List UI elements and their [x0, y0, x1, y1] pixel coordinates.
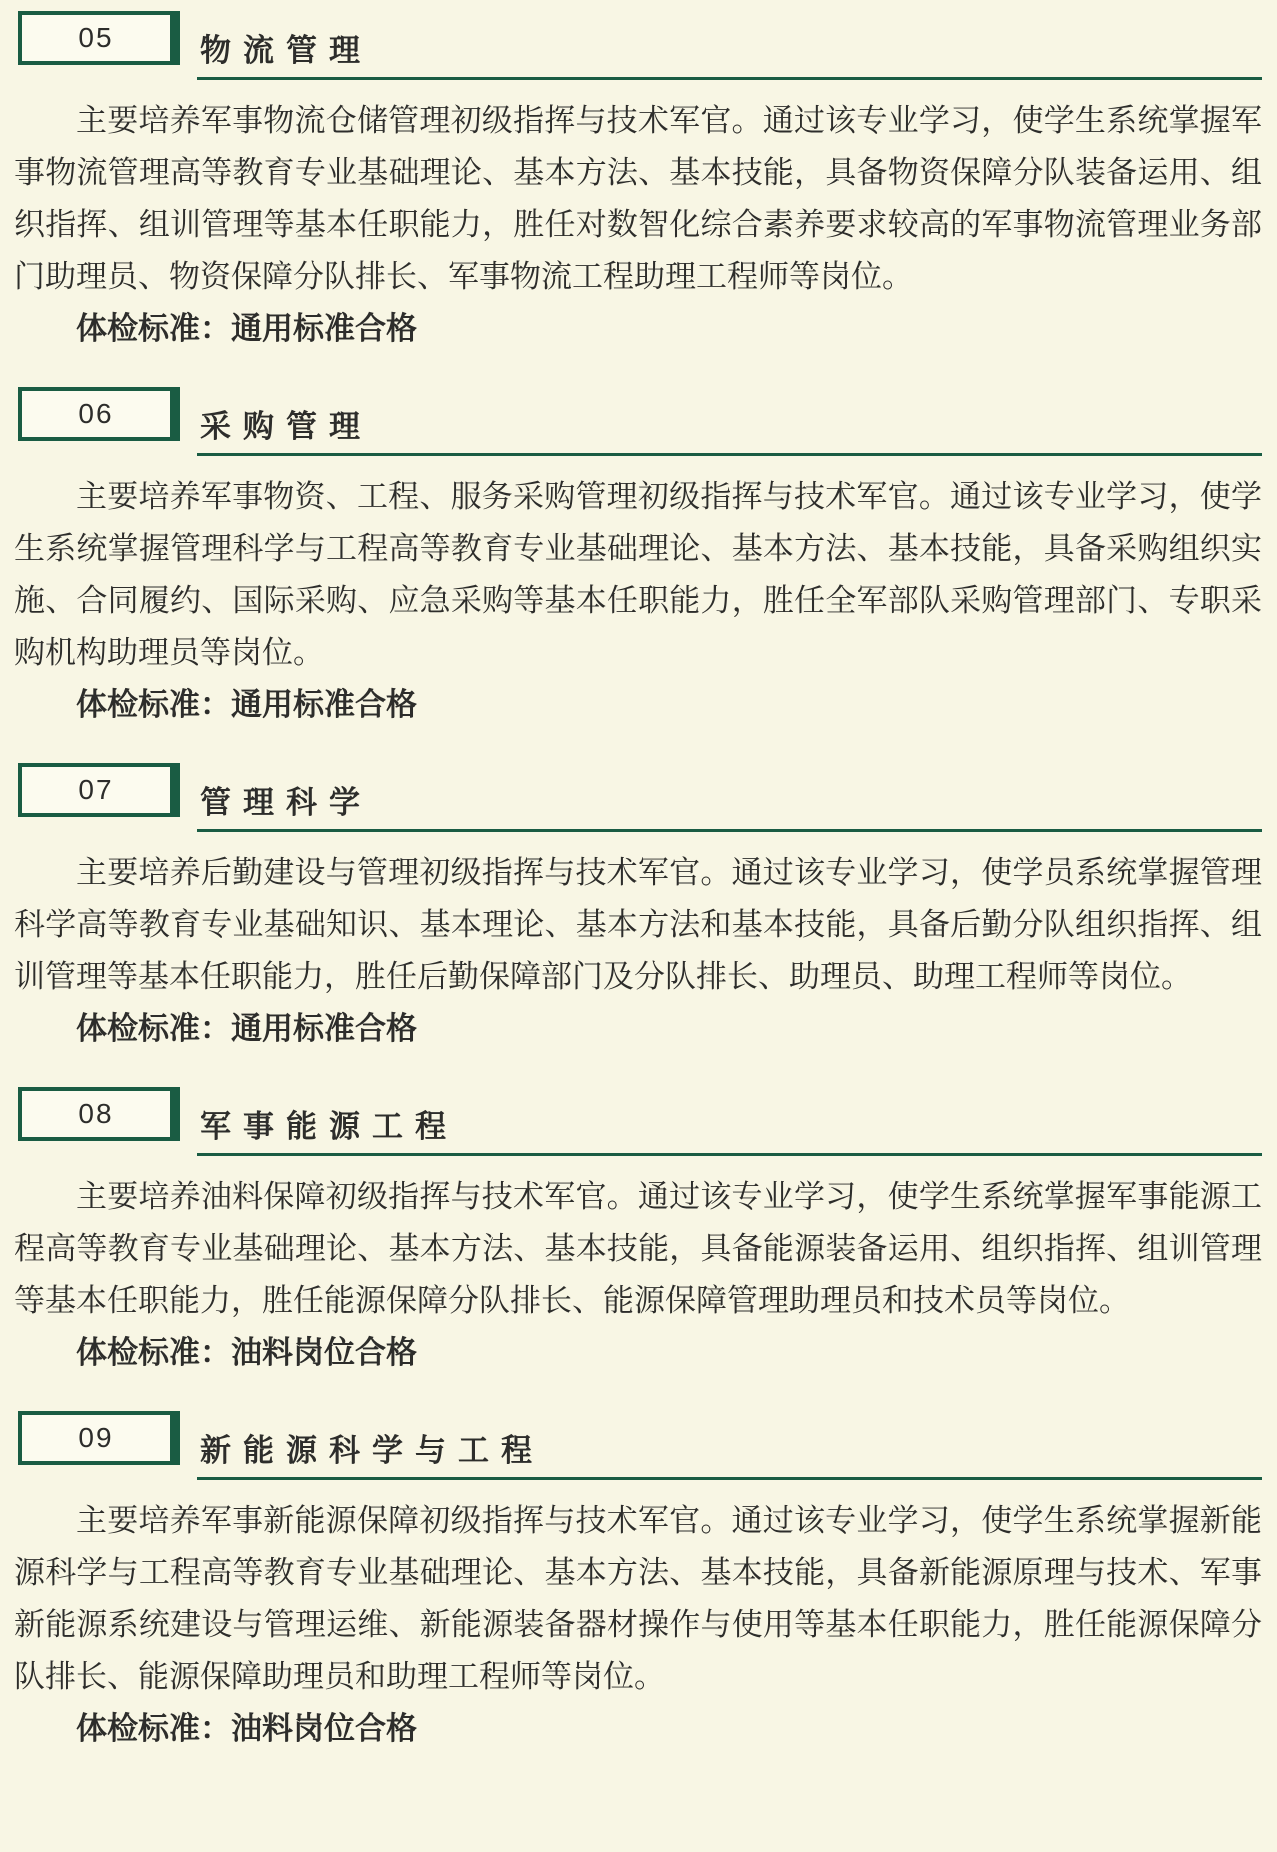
medical-standard-label: 体检标准： [76, 1011, 231, 1046]
sections-container: 05 物流管理 主要培养军事物流仓储管理初级指挥与技术军官。通过该专业学习，使学… [14, 11, 1262, 1755]
section-description: 主要培养后勤建设与管理初级指挥与技术军官。通过该专业学习，使学员系统掌握管理科学… [14, 847, 1262, 1003]
section-title: 采购管理 [200, 401, 372, 446]
medical-standard-label: 体检标准： [76, 687, 231, 722]
medical-standard-value: 通用标准合格 [231, 311, 417, 346]
section-description: 主要培养军事物资、工程、服务采购管理初级指挥与技术军官。通过该专业学习，使学生系… [14, 471, 1262, 679]
document-page: 05 物流管理 主要培养军事物流仓储管理初级指挥与技术军官。通过该专业学习，使学… [0, 0, 1277, 1852]
medical-standard-label: 体检标准： [76, 1711, 231, 1746]
section-number-box: 08 [18, 1087, 180, 1141]
medical-standard-line: 体检标准：通用标准合格 [14, 679, 1262, 731]
title-underline [197, 829, 1262, 832]
title-underline [197, 1477, 1262, 1480]
section-number: 08 [78, 1098, 113, 1130]
section-description: 主要培养军事新能源保障初级指挥与技术军官。通过该专业学习，使学生系统掌握新能源科… [14, 1495, 1262, 1703]
major-section: 08 军事能源工程 主要培养油料保障初级指挥与技术军官。通过该专业学习，使学生系… [14, 1087, 1262, 1379]
medical-standard-value: 通用标准合格 [231, 1011, 417, 1046]
medical-standard-value: 油料岗位合格 [231, 1335, 417, 1370]
medical-standard-label: 体检标准： [76, 1335, 231, 1370]
medical-standard-value: 油料岗位合格 [231, 1711, 417, 1746]
section-header: 09 新能源科学与工程 [14, 1411, 1262, 1481]
medical-standard-line: 体检标准：通用标准合格 [14, 303, 1262, 355]
major-section: 05 物流管理 主要培养军事物流仓储管理初级指挥与技术军官。通过该专业学习，使学… [14, 11, 1262, 355]
section-number: 06 [78, 398, 113, 430]
section-header: 08 军事能源工程 [14, 1087, 1262, 1157]
section-number-box: 05 [18, 11, 180, 65]
section-number: 09 [78, 1422, 113, 1454]
medical-standard-label: 体检标准： [76, 311, 231, 346]
section-number: 07 [78, 774, 113, 806]
section-title: 新能源科学与工程 [200, 1425, 544, 1470]
section-number: 05 [78, 22, 113, 54]
section-number-box: 09 [18, 1411, 180, 1465]
medical-standard-line: 体检标准：油料岗位合格 [14, 1703, 1262, 1755]
medical-standard-line: 体检标准：油料岗位合格 [14, 1327, 1262, 1379]
section-header: 05 物流管理 [14, 11, 1262, 81]
section-title: 管理科学 [200, 777, 372, 822]
section-description: 主要培养军事物流仓储管理初级指挥与技术军官。通过该专业学习，使学生系统掌握军事物… [14, 95, 1262, 303]
medical-standard-line: 体检标准：通用标准合格 [14, 1003, 1262, 1055]
title-underline [197, 77, 1262, 80]
title-underline [197, 1153, 1262, 1156]
title-underline [197, 453, 1262, 456]
section-header: 07 管理科学 [14, 763, 1262, 833]
section-title: 军事能源工程 [200, 1101, 458, 1146]
section-description: 主要培养油料保障初级指挥与技术军官。通过该专业学习，使学生系统掌握军事能源工程高… [14, 1171, 1262, 1327]
section-number-box: 06 [18, 387, 180, 441]
section-number-box: 07 [18, 763, 180, 817]
major-section: 07 管理科学 主要培养后勤建设与管理初级指挥与技术军官。通过该专业学习，使学员… [14, 763, 1262, 1055]
major-section: 09 新能源科学与工程 主要培养军事新能源保障初级指挥与技术军官。通过该专业学习… [14, 1411, 1262, 1755]
section-title: 物流管理 [200, 25, 372, 70]
major-section: 06 采购管理 主要培养军事物资、工程、服务采购管理初级指挥与技术军官。通过该专… [14, 387, 1262, 731]
section-header: 06 采购管理 [14, 387, 1262, 457]
medical-standard-value: 通用标准合格 [231, 687, 417, 722]
